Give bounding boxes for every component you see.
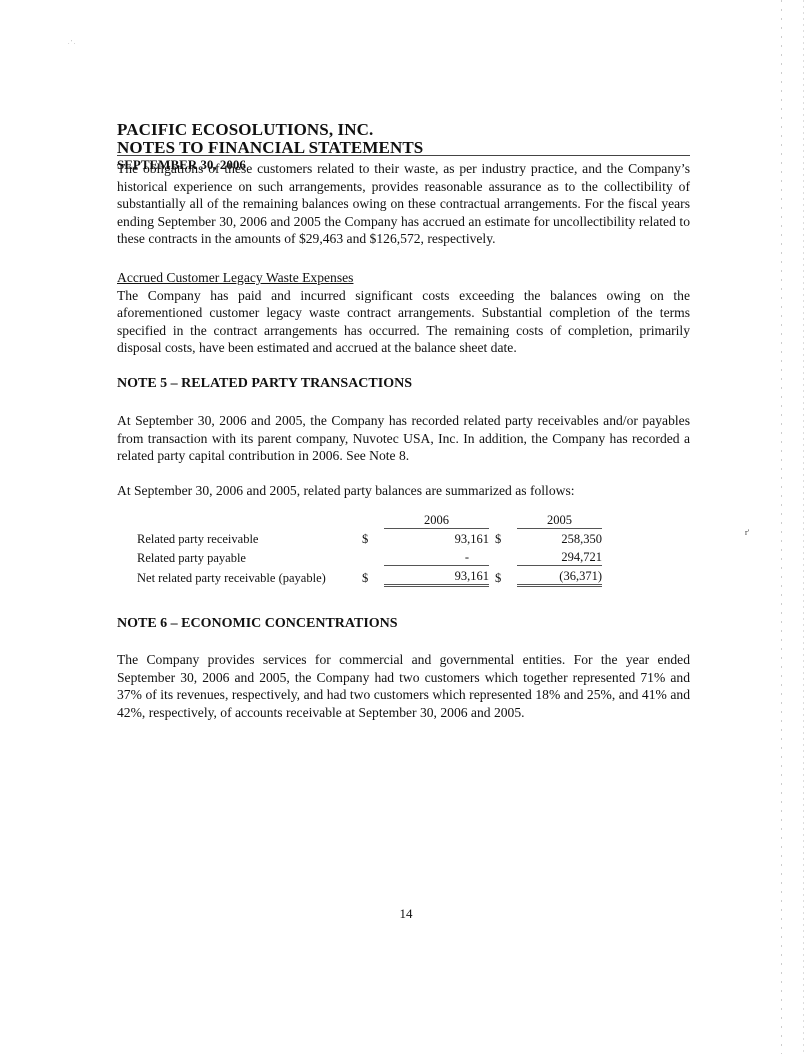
value-2006: -	[384, 547, 489, 566]
header-rule	[117, 155, 690, 156]
scan-edge-artifact	[781, 0, 782, 1054]
company-name: PACIFIC ECOSOLUTIONS, INC.	[117, 121, 690, 139]
related-party-table: 2006 2005 Related party receivable $ 93,…	[137, 510, 602, 587]
legacy-waste-section: Accrued Customer Legacy Waste Expenses T…	[117, 269, 690, 357]
legacy-waste-heading: Accrued Customer Legacy Waste Expenses	[117, 269, 690, 287]
value-2005: 258,350	[517, 529, 602, 548]
row-label: Related party receivable	[137, 529, 362, 548]
note6-title: NOTE 6 – ECONOMIC CONCENTRATIONS	[117, 616, 398, 632]
legacy-waste-body: The Company has paid and incurred signif…	[117, 288, 690, 356]
table-row: Net related party receivable (payable) $…	[137, 566, 602, 586]
table-row: Related party payable - 294,721	[137, 547, 602, 566]
table-row: Related party receivable $ 93,161 $ 258,…	[137, 529, 602, 548]
row-label: Net related party receivable (payable)	[137, 566, 362, 586]
scan-edge-artifact	[803, 0, 804, 1054]
note5-paragraph-1: At September 30, 2006 and 2005, the Comp…	[117, 412, 690, 465]
scan-specks: . ' .	[68, 40, 75, 46]
column-header-2005: 2005	[517, 510, 602, 529]
note5-paragraph-2: At September 30, 2006 and 2005, related …	[117, 482, 690, 500]
document-page: . ' . r' PACIFIC ECOSOLUTIONS, INC. NOTE…	[0, 0, 812, 1054]
currency-symbol: $	[495, 566, 517, 586]
currency-symbol: $	[362, 529, 384, 548]
value-2006: 93,161	[384, 566, 489, 586]
page-number: 14	[0, 906, 812, 922]
note6-paragraph: The Company provides services for commer…	[117, 651, 690, 721]
currency-symbol: $	[495, 529, 517, 548]
currency-symbol: $	[362, 566, 384, 586]
note5-title: NOTE 5 – RELATED PARTY TRANSACTIONS	[117, 376, 412, 392]
scan-mark: r'	[745, 528, 749, 537]
row-label: Related party payable	[137, 547, 362, 566]
value-2005: (36,371)	[517, 566, 602, 586]
value-2006: 93,161	[384, 529, 489, 548]
obligations-paragraph: The obligations of these customers relat…	[117, 160, 690, 248]
column-header-2006: 2006	[384, 510, 489, 529]
table-header-row: 2006 2005	[137, 510, 602, 529]
value-2005: 294,721	[517, 547, 602, 566]
